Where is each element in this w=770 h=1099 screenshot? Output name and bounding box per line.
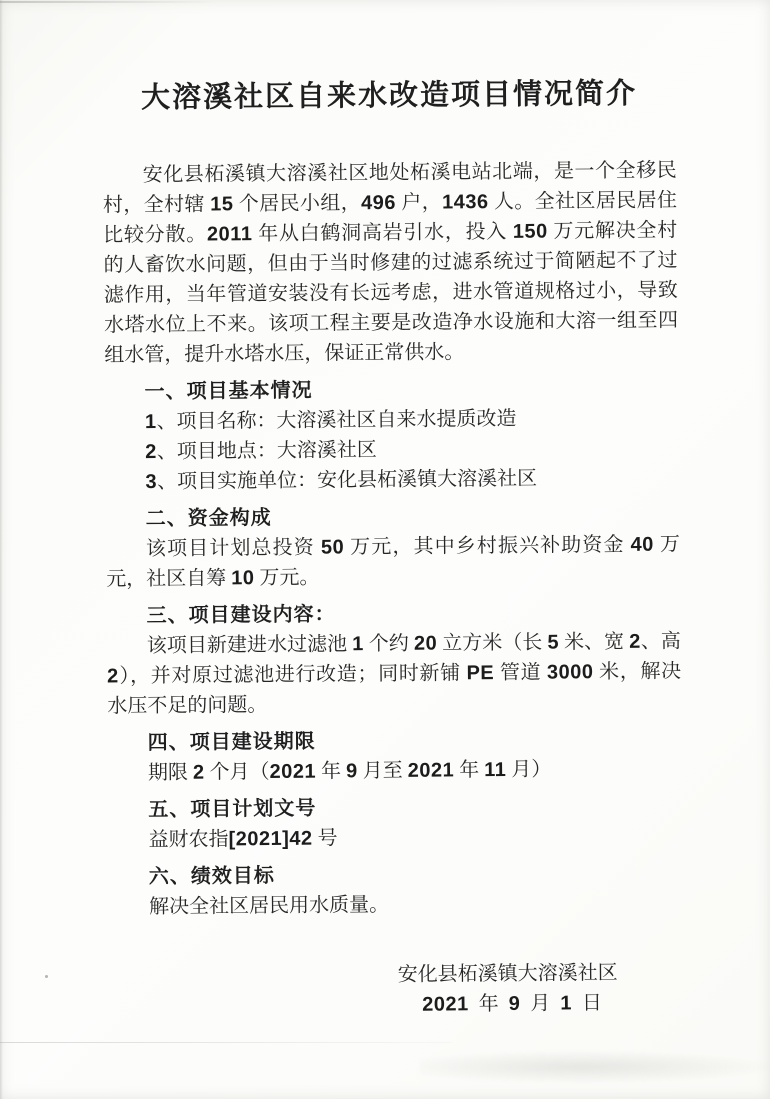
number-bold-run: 2 [193,762,205,784]
text-run: 、项目名称：大溶溪社区自来水提质改造 [156,408,516,433]
text-run: 益财农指 [148,828,228,851]
number-bold-run: 2021 [408,759,455,781]
text-run: 个月（ [204,761,269,784]
paragraph: 该项目计划总投资 50 万元，其中乡村振兴补助资金 40 万元，社区自筹 10 … [106,529,681,594]
text-run: 二、资金构成 [146,507,272,530]
text-line: 益财农指[2021]42 号 [108,820,682,855]
number-bold-run: 3 [145,471,157,493]
number-bold-run: 2 [107,665,119,687]
number-bold-run: 1 [560,992,572,1014]
document-sheet: 大溶溪社区自来水改造项目情况简介 安化县柘溪镇大溶溪社区地处柘溪电站北端，是一个… [0,0,770,1023]
text-run: 四、项目建设期限 [148,731,316,754]
text-run: 立方米（长 [437,632,547,655]
number-bold-run: 50 [321,536,344,558]
text-run: 个居民小组， [233,192,361,215]
text-run: 管道 [494,662,547,684]
text-line: 3、项目实施单位：安化县柘溪镇大溶溪社区 [105,462,679,497]
text-run: 日 [572,992,602,1014]
number-bold-run: 1436 [442,191,489,213]
number-bold-run: 40 [631,534,654,556]
number-bold-run: 9 [509,993,521,1015]
text-run: 年从白鹤洞高岩引水，投入 [252,221,513,245]
text-run: 年 [454,759,484,781]
text-line: 期限 2 个月（2021 年 9 月至 2021 年 11 月） [108,753,682,788]
paragraph: 安化县柘溪镇大溶溪社区地处柘溪电站北端，是一个全移民村，全村辖 15 个居民小组… [103,155,679,370]
text-run: 、项目实施单位：安化县柘溪镇大溶溪社区 [157,468,537,493]
text-run: 万元。 [254,567,319,590]
number-bold-run: 2 [145,441,157,463]
scan-artifact-bottom-line [0,1042,452,1043]
paragraph: 该项目新建进水过滤池 1 个约 20 立方米（长 5 米、宽 2、高 2），并对… [107,626,682,721]
number-bold-run: 2011 [207,223,253,245]
scanned-page: 大溶溪社区自来水改造项目情况简介 安化县柘溪镇大溶溪社区地处柘溪电站北端，是一个… [0,0,770,1099]
number-bold-run: PE [466,662,494,684]
text-run: 、高 [641,630,681,652]
number-bold-run: 15 [210,193,233,215]
text-line: 解决全社区居民用水质量。 [109,887,683,922]
text-run: ），并对原过滤池进行改造；同时新铺 [119,662,467,687]
text-run: 安化县柘溪镇大溶溪社区 [398,962,618,986]
number-bold-run: 5 [547,632,559,654]
text-run: 月） [506,759,551,781]
text-run: 户， [396,192,442,214]
text-run: 期限 [148,762,193,784]
signature-date: 2021 年 9 月 1 日 [110,987,684,1022]
text-run: 六、绩效目标 [149,865,275,888]
text-run: 米、宽 [559,631,629,654]
number-bold-run: 3000 [547,661,594,683]
text-run: 年 [316,760,346,782]
text-run: 一、项目基本情况 [145,380,313,403]
number-bold-run: 9 [346,760,358,782]
number-bold-run: 20 [414,633,437,655]
text-run: 该项目计划总投资 [146,537,321,561]
number-bold-run: 2021 [422,993,469,1015]
document-body: 安化县柘溪镇大溶溪社区地处柘溪电站北端，是一个全移民村，全村辖 15 个居民小组… [103,155,685,1022]
text-run: 五、项目计划文号 [148,798,316,821]
number-bold-run: 496 [361,192,396,214]
number-bold-run: 2 [629,631,641,653]
text-run: 月至 [358,760,408,782]
text-run: 解决全社区居民用水质量。 [149,894,389,918]
text-run: 该项目新建进水过滤池 [147,633,353,657]
text-run: 年 [469,993,509,1015]
text-run: 号 [312,827,337,849]
text-run: 个约 [364,633,414,655]
text-run: 、项目地点：大溶溪社区 [157,439,377,463]
document-title: 大溶溪社区自来水改造项目情况简介 [102,73,676,118]
number-bold-run: 10 [231,567,254,589]
text-run: 万元，其中乡村振兴补助资金 [344,534,631,558]
text-run: 三、项目建设内容： [146,603,335,627]
number-bold-run: 2021 [269,761,316,783]
number-bold-run: 11 [484,759,506,781]
number-bold-run: 1 [145,411,157,433]
number-bold-run: 1 [352,633,364,655]
number-bold-run: 150 [513,221,548,243]
text-run: 月 [520,993,560,1015]
scan-artifact-bottom-smudge [420,1050,770,1084]
number-bold-run: [2021]42 [228,828,312,851]
